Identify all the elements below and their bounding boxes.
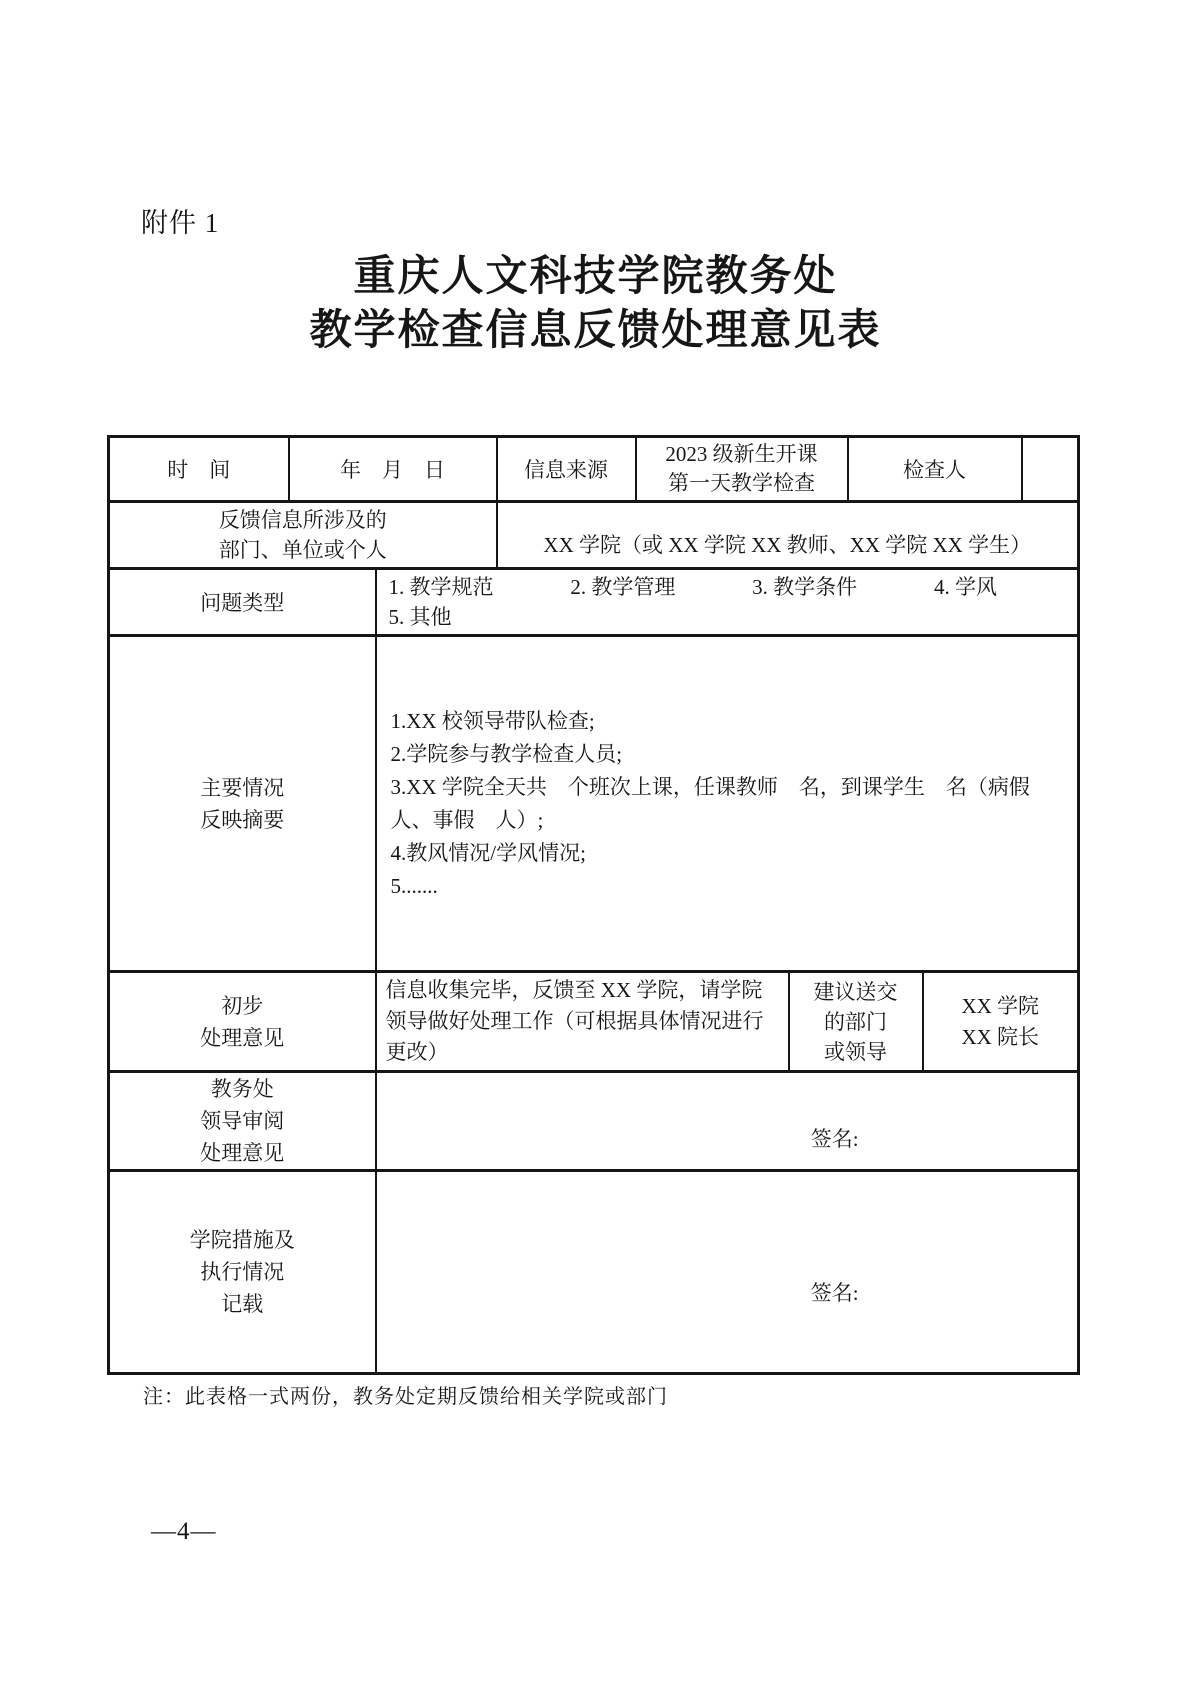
problem-type-options-line: 1. 教学规范 2. 教学管理 3. 教学条件 4. 学风 bbox=[377, 570, 1078, 602]
review-signature-label: 签名: bbox=[811, 1127, 859, 1151]
problem-type-option-2: 2. 教学管理 bbox=[570, 572, 675, 602]
problem-type-option-4: 4. 学风 bbox=[934, 572, 997, 602]
row-time: 时 间 年 月 日 信息来源 2023 级新生开课 第一天教学检查 检查人 bbox=[109, 437, 1079, 502]
page-number: —4— bbox=[151, 1518, 217, 1546]
problem-type-option-3: 3. 教学条件 bbox=[752, 572, 857, 602]
departments-value: XX 学院（或 XX 学院 XX 教师、XX 学院 XX 学生） bbox=[497, 502, 1079, 569]
document-title: 重庆人文科技学院教务处 教学检查信息反馈处理意见表 bbox=[0, 250, 1191, 358]
row-review-opinion: 教务处 领导审阅 处理意见 签名: bbox=[109, 1072, 1079, 1171]
summary-line-1: 1.XX 校领导带队检查; bbox=[391, 705, 1064, 738]
inspector-label: 检查人 bbox=[848, 437, 1022, 502]
row-summary: 主要情况 反映摘要 1.XX 校领导带队检查; 2.学院参与教学检查人员; 3.… bbox=[109, 636, 1079, 972]
problem-type-option-1: 1. 教学规范 bbox=[389, 572, 494, 602]
college-sign-wrap: 签名: bbox=[377, 1257, 1078, 1287]
row-problem-type: 问题类型 1. 教学规范 2. 教学管理 3. 教学条件 4. 学风 5. 其他 bbox=[109, 569, 1079, 636]
time-value: 年 月 日 bbox=[289, 437, 497, 502]
summary-line-3: 3.XX 学院全天共 个班次上课，任课教师 名，到课学生 名（病假 人、事假 人… bbox=[391, 771, 1064, 837]
problem-type-option-other: 5. 其他 bbox=[377, 602, 1078, 634]
initial-opinion-content: 信息收集完毕，反馈至 XX 学院，请学院领导做好处理工作（可根据具体情况进行更改… bbox=[376, 972, 789, 1072]
summary-line-4: 4.教风情况/学风情况; bbox=[391, 837, 1064, 870]
summary-line-5: 5....... bbox=[391, 870, 1064, 903]
suggest-recipient-value: XX 学院 XX 院长 bbox=[923, 972, 1079, 1072]
title-line-2: 教学检查信息反馈处理意见表 bbox=[0, 304, 1191, 358]
footnote: 注：此表格一式两份，教务处定期反馈给相关学院或部门 bbox=[143, 1380, 668, 1409]
row-college-record: 学院措施及 执行情况 记载 签名: bbox=[109, 1171, 1079, 1374]
document-page: 附件 1 重庆人文科技学院教务处 教学检查信息反馈处理意见表 时 间 年 月 日… bbox=[0, 0, 1191, 1684]
departments-label: 反馈信息所涉及的 部门、单位或个人 bbox=[109, 502, 497, 569]
inspector-value-cell bbox=[1022, 437, 1079, 502]
time-label: 时 间 bbox=[109, 437, 289, 502]
title-line-1: 重庆人文科技学院教务处 bbox=[0, 250, 1191, 304]
review-opinion-area: 签名: bbox=[376, 1072, 1079, 1171]
college-record-label: 学院措施及 执行情况 记载 bbox=[109, 1171, 376, 1374]
suggest-recipient-label: 建议送交 的部门 或领导 bbox=[789, 972, 923, 1072]
summary-label: 主要情况 反映摘要 bbox=[109, 636, 376, 972]
source-value: 2023 级新生开课 第一天教学检查 bbox=[636, 437, 848, 502]
summary-content-cell: 1.XX 校领导带队检查; 2.学院参与教学检查人员; 3.XX 学院全天共 个… bbox=[376, 636, 1079, 972]
row-initial-opinion: 初步 处理意见 信息收集完毕，反馈至 XX 学院，请学院领导做好处理工作（可根据… bbox=[109, 972, 1079, 1072]
college-signature-label: 签名: bbox=[811, 1281, 859, 1305]
problem-type-label: 问题类型 bbox=[109, 569, 376, 636]
feedback-form-table: 时 间 年 月 日 信息来源 2023 级新生开课 第一天教学检查 检查人 反馈… bbox=[107, 435, 1080, 1375]
initial-opinion-label: 初步 处理意见 bbox=[109, 972, 376, 1072]
college-record-area: 签名: bbox=[376, 1171, 1079, 1374]
source-label: 信息来源 bbox=[497, 437, 636, 502]
summary-line-2: 2.学院参与教学检查人员; bbox=[391, 738, 1064, 771]
problem-type-options-cell: 1. 教学规范 2. 教学管理 3. 教学条件 4. 学风 5. 其他 bbox=[376, 569, 1079, 636]
review-sign-wrap: 签名: bbox=[377, 1106, 1078, 1136]
attachment-label: 附件 1 bbox=[141, 201, 219, 240]
review-opinion-label: 教务处 领导审阅 处理意见 bbox=[109, 1072, 376, 1171]
row-departments: 反馈信息所涉及的 部门、单位或个人 XX 学院（或 XX 学院 XX 教师、XX… bbox=[109, 502, 1079, 569]
